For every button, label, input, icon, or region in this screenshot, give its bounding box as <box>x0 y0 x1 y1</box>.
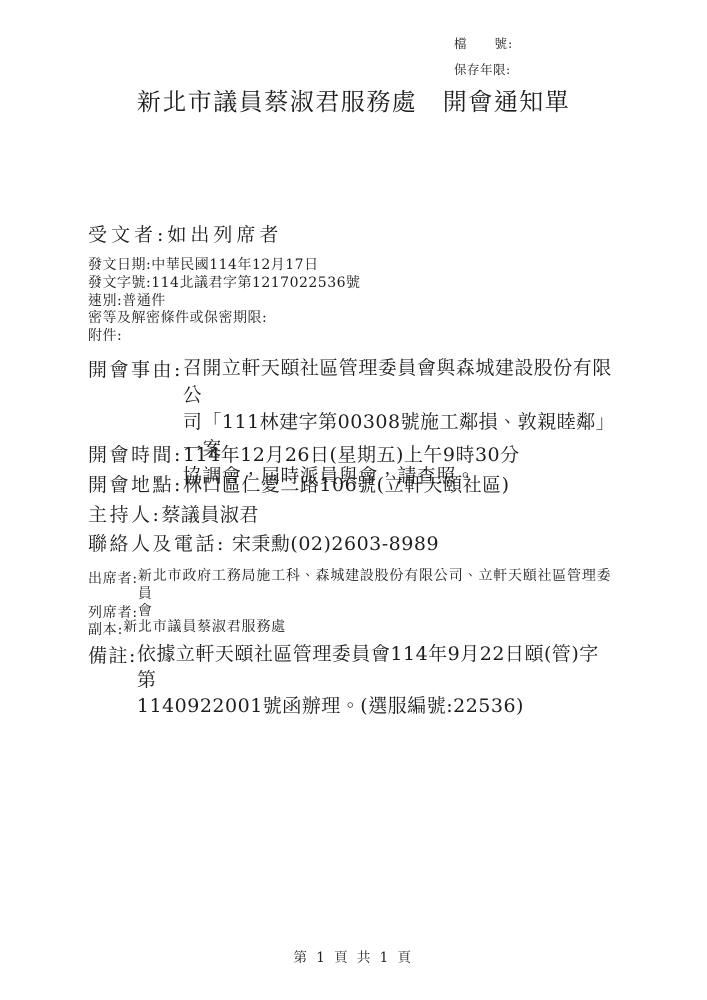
meta-line-issue-date: 發文日期:中華民國114年12月17日 <box>88 257 361 275</box>
recipient-value: 如出列席者 <box>167 224 282 246</box>
cc-line: 副本: 新北市議員蔡淑君服務處 <box>88 619 286 639</box>
remark-value: 依據立軒天頤社區管理委員會114年9月22日頤(管)字第 1140922001號… <box>137 641 607 719</box>
meta-line-speed: 速別:普通件 <box>88 293 361 311</box>
field-chairperson-value: 蔡議員淑君 <box>161 500 259 527</box>
meta-label: 附件: <box>88 328 122 344</box>
field-meeting-time: 開會時間: 114年12月26日(星期五)上午9時30分 <box>88 440 520 467</box>
attendees-line: 出席者: 新北市政府工務局施工科、森城建設股份有限公司、立軒天頤社區管理委員 會 <box>88 568 618 621</box>
remark-line: 備註: 依據立軒天頤社區管理委員會114年9月22日頤(管)字第 1140922… <box>88 641 607 719</box>
document-title: 新北市議員蔡淑君服務處 開會通知單 <box>0 82 707 117</box>
meta-label: 發文日期: <box>88 257 151 273</box>
meta-value: 中華民國114年12月17日 <box>151 257 318 273</box>
meta-block: 發文日期:中華民國114年12月17日 發文字號:114北議君字第1217022… <box>88 257 361 346</box>
cc-label: 副本: <box>88 619 123 639</box>
field-meeting-place: 開會地點: 林口區仁愛二路106號(立軒天頤社區) <box>88 470 510 497</box>
document-page: 檔 號: 保存年限: 新北市議員蔡淑君服務處 開會通知單 受文者:如出列席者 發… <box>0 0 707 1000</box>
field-contact-label: 聯絡人及電話: <box>88 529 226 556</box>
meta-line-doc-number: 發文字號:114北議君字第1217022536號 <box>88 275 361 293</box>
field-meeting-time-value: 114年12月26日(星期五)上午9時30分 <box>183 440 520 467</box>
meta-label: 發文字號: <box>88 275 151 291</box>
field-meeting-place-label: 開會地點: <box>88 470 183 497</box>
meta-label: 速別: <box>88 293 122 309</box>
remark-label: 備註: <box>88 641 137 668</box>
cc-value: 新北市議員蔡淑君服務處 <box>123 619 286 637</box>
field-contact: 聯絡人及電話: 宋秉勳(02)2603-8989 <box>88 529 439 556</box>
file-header: 檔 號: 保存年限: <box>454 36 513 77</box>
page-footer: 第 1 頁 共 1 頁 <box>0 946 707 966</box>
field-meeting-time-label: 開會時間: <box>88 440 183 467</box>
field-meeting-place-value: 林口區仁愛二路106號(立軒天頤社區) <box>183 470 510 497</box>
page-number: 第 1 頁 共 1 頁 <box>293 950 413 966</box>
meta-value: 114北議君字第1217022536號 <box>151 275 360 291</box>
attendees-label: 出席者: <box>88 568 138 588</box>
field-chairperson-label: 主持人: <box>88 500 161 527</box>
recipient-line: 受文者:如出列席者 <box>88 220 282 247</box>
field-meeting-subject-label: 開會事由: <box>88 355 183 382</box>
field-contact-value: 宋秉勳(02)2603-8989 <box>226 529 439 556</box>
meta-line-attachment: 附件: <box>88 328 361 346</box>
meta-label: 密等及解密條件或保密期限: <box>88 310 267 326</box>
attendees-value: 新北市政府工務局施工科、森城建設股份有限公司、立軒天頤社區管理委員 會 <box>138 568 618 621</box>
retention-period-label: 保存年限: <box>454 62 513 77</box>
recipient-label: 受文者: <box>88 224 167 246</box>
file-number-label: 檔 號: <box>454 36 513 51</box>
field-chairperson: 主持人: 蔡議員淑君 <box>88 500 259 527</box>
meta-line-security: 密等及解密條件或保密期限: <box>88 310 361 328</box>
meta-value: 普通件 <box>122 293 166 309</box>
